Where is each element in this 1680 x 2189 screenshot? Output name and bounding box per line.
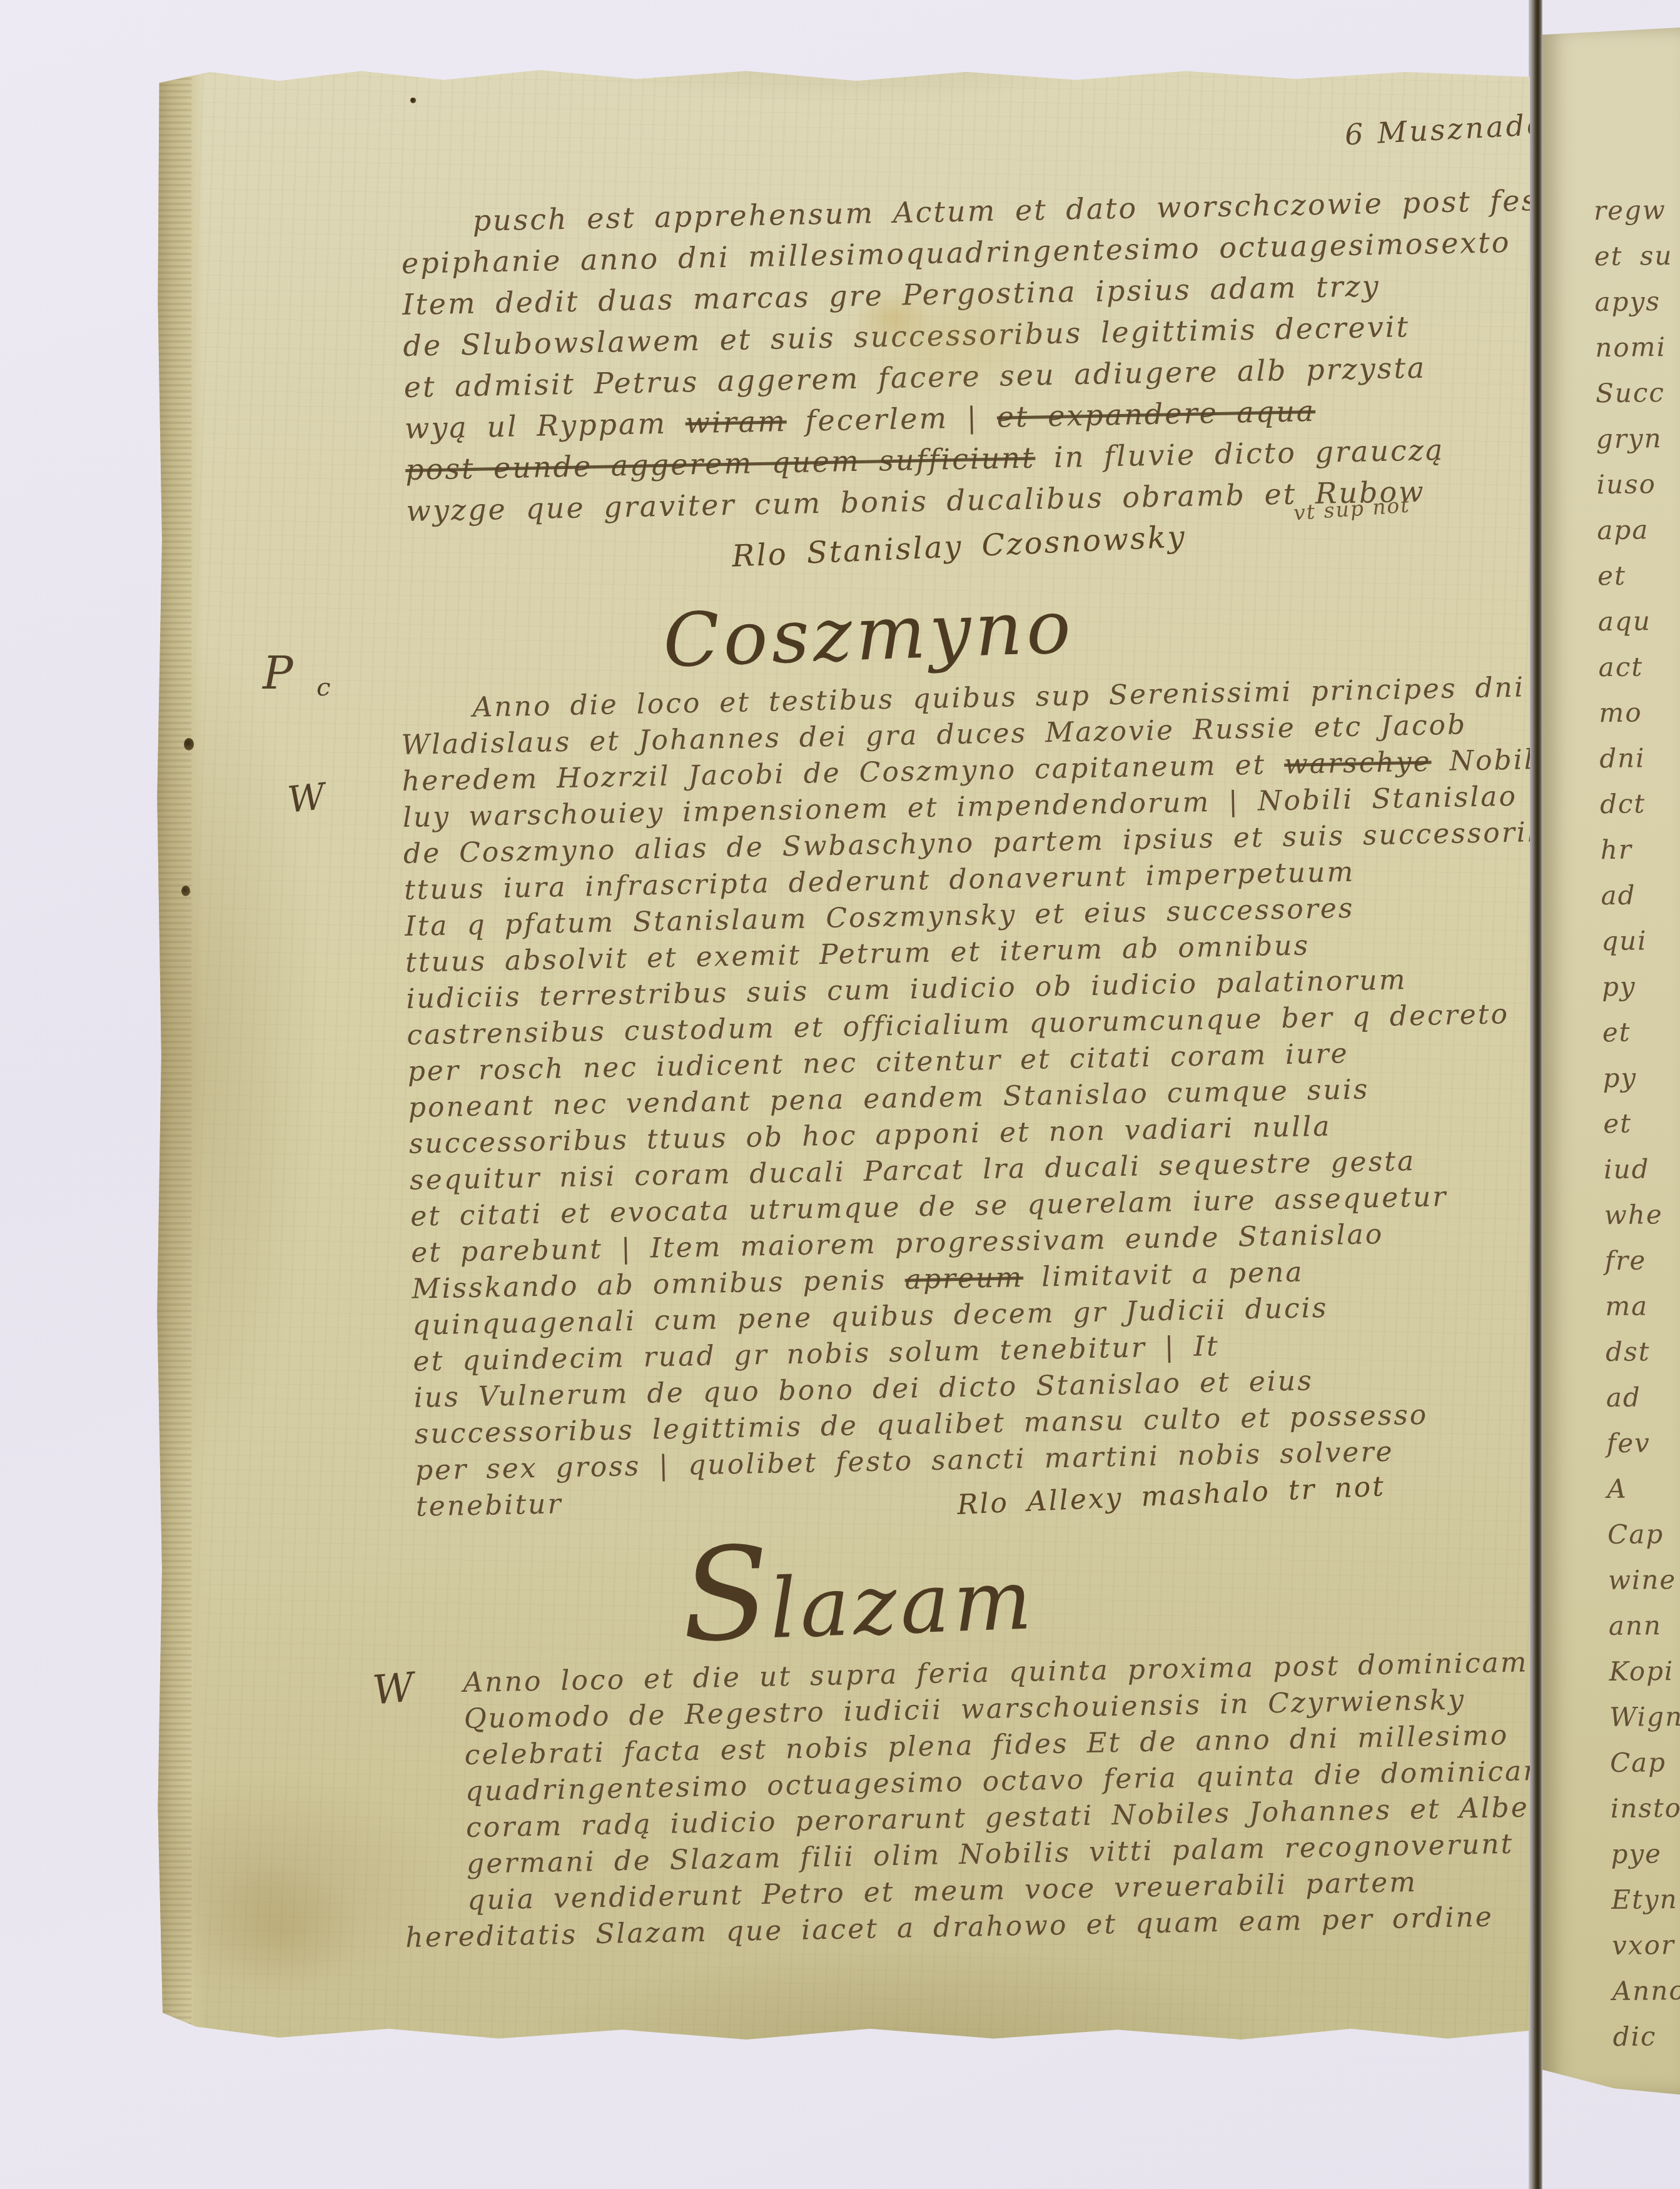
relation-signature-line: Rlo Stanislay Czosnowsky [731, 519, 1187, 574]
truncated-text-fragment: dni [1599, 735, 1677, 781]
margin-mark-c: c [316, 673, 330, 702]
truncated-text-fragment: et [1603, 1100, 1680, 1146]
truncated-text-fragment: apa [1597, 507, 1675, 553]
truncated-text-fragment: dst [1606, 1328, 1680, 1375]
truncated-text-fragment: act [1598, 644, 1676, 690]
entry-coszmyno-body: Anno die loco et testibus quibus sup Ser… [400, 669, 1530, 1525]
manuscript-page-verso: 6 Musznado P c W W pusch est apprehensum… [155, 65, 1530, 2045]
truncated-text-fragment: py [1602, 963, 1680, 1009]
truncated-text-fragment: et [1597, 552, 1676, 599]
truncated-text-fragment: ma [1605, 1283, 1680, 1329]
truncated-text-fragment: Etyn [1611, 1876, 1680, 1923]
worm-hole [184, 738, 194, 751]
truncated-text-fragment: fev [1606, 1420, 1680, 1466]
truncated-text-fragment: Cap [1610, 1739, 1680, 1786]
truncated-text-fragment: iud [1604, 1146, 1680, 1192]
folio-number-note: 6 Musznado [1344, 108, 1530, 152]
next-page-text-column: regwet suapysnomiSuccgryniusoapaetaquact… [1542, 28, 1680, 2060]
worm-hole [181, 886, 190, 896]
truncated-text-fragment: nomi [1595, 324, 1673, 370]
struck-text: et expandere aqua [996, 394, 1315, 434]
book-binding-rod [1529, 0, 1542, 2189]
truncated-text-fragment: gryn [1596, 415, 1674, 462]
struck-text: wiram [685, 404, 787, 440]
truncated-text-fragment: Wign [1609, 1694, 1680, 1740]
text-segment: in fluvie dicto grauczą [1035, 433, 1445, 475]
truncated-text-fragment: pye [1611, 1831, 1680, 1877]
truncated-text-fragment: A [1607, 1465, 1680, 1512]
entry-heading-slazam: Slazam [679, 1510, 1037, 1671]
text-segment: limitavit a pena [1023, 1256, 1304, 1293]
truncated-text-fragment: et [1602, 1009, 1680, 1055]
truncated-text-fragment: hr [1600, 826, 1678, 872]
truncated-text-fragment: wine [1608, 1557, 1680, 1603]
struck-text: warschye [1284, 746, 1432, 781]
truncated-text-fragment: Succ [1596, 370, 1674, 416]
truncated-text-fragment: Anno [1612, 1968, 1680, 2014]
truncated-text-fragment: whe [1604, 1191, 1680, 1238]
struck-text: apreum [904, 1261, 1023, 1296]
page-edge-texture [155, 65, 191, 2045]
truncated-text-fragment: py [1602, 1054, 1680, 1101]
entry-previous-continuation: pusch est apprehensum Actum et dato wors… [400, 178, 1530, 532]
truncated-text-fragment: ad [1601, 872, 1679, 918]
margin-mark-p: P [263, 647, 293, 699]
entry-heading-coszmyno: Coszmyno [662, 584, 1076, 684]
truncated-text-fragment: aqu [1598, 598, 1676, 644]
truncated-text-fragment: dic [1612, 2013, 1680, 2060]
truncated-text-fragment: ad [1606, 1374, 1680, 1420]
truncated-text-fragment: fre [1604, 1237, 1680, 1283]
truncated-text-fragment: qui [1601, 918, 1679, 964]
text-segment: fecerlem | [786, 400, 997, 438]
next-page-sliver: regwet suapysnomiSuccgryniusoapaetaquact… [1542, 28, 1680, 2095]
text-segment: wyą ul Ryppam [404, 406, 686, 445]
text-segment: Nobil [1431, 744, 1530, 777]
entry-slazam-body: Anno loco et die ut supra feria quinta p… [400, 1641, 1530, 1956]
truncated-text-fragment: regw [1594, 187, 1672, 233]
worm-hole [410, 98, 416, 103]
text-segment: Misskando ab omnibus penis [412, 1264, 905, 1305]
truncated-text-fragment: insto [1610, 1785, 1680, 1831]
truncated-text-fragment: dct [1600, 781, 1678, 827]
truncated-text-fragment: apys [1594, 278, 1672, 325]
truncated-text-fragment: mo [1599, 689, 1677, 736]
truncated-text-fragment: Cap [1607, 1511, 1680, 1557]
truncated-text-fragment: iuso [1596, 461, 1674, 507]
truncated-text-fragment: ann [1608, 1602, 1680, 1649]
truncated-text-fragment: Kopi [1609, 1648, 1680, 1694]
parchment-stain [199, 1866, 362, 1991]
margin-mark-flourish: W [286, 775, 327, 821]
truncated-text-fragment: vxor [1612, 1922, 1680, 1968]
manuscript-photo-scene: 6 Musznado P c W W pusch est apprehensum… [0, 0, 1680, 2189]
truncated-text-fragment: et su [1594, 233, 1672, 279]
